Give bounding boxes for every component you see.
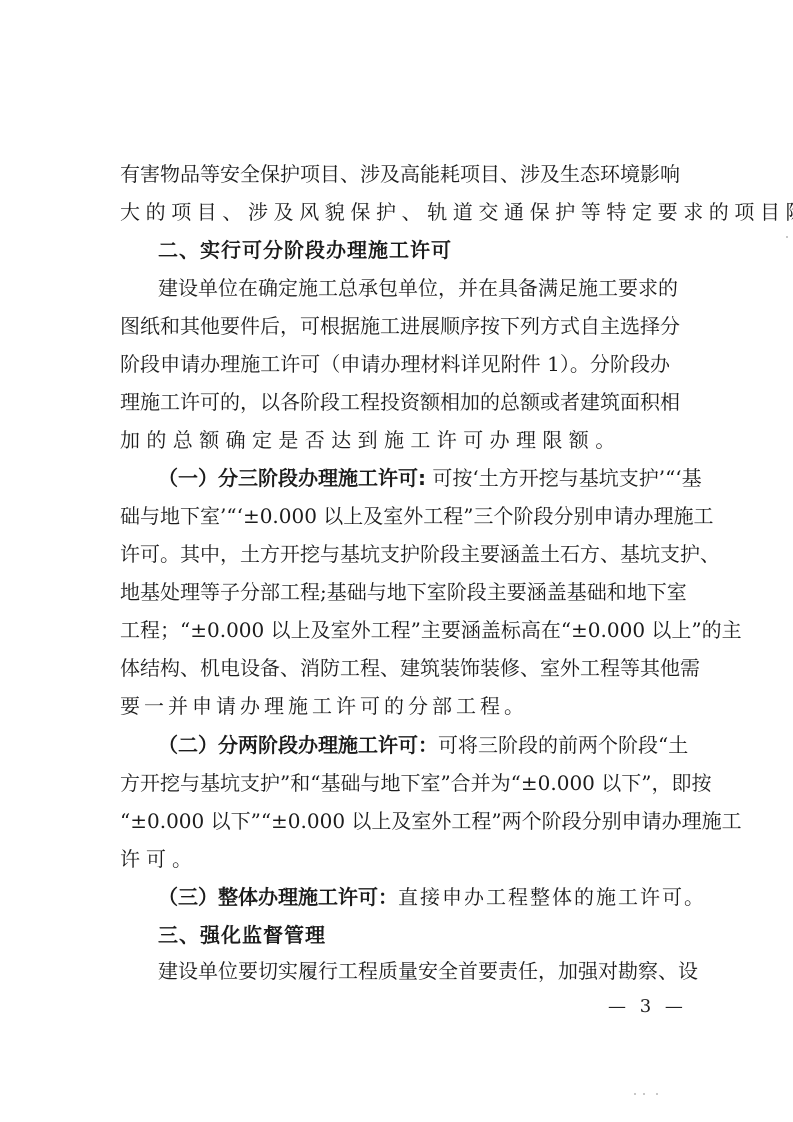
scan-speck [634, 1093, 636, 1095]
subsection-2-line: （二）分两阶段办理施工许可：可将三阶段的前两个阶段“土 [158, 731, 670, 759]
section-heading-3: 三、强化监督管理 [158, 921, 670, 949]
paragraph-line: 许可。 [120, 845, 670, 873]
paragraph-line: 图纸和其他要件后，可根据施工进展顺序按下列方式自主选择分 [120, 312, 670, 340]
page-number: — 3 — [608, 995, 687, 1019]
paragraph-line: 地基处理等子分部工程;基础与地下室阶段主要涵盖基础和地下室 [120, 578, 670, 606]
paragraph-line: 有害物品等安全保护项目、涉及高能耗项目、涉及生态环境影响 [120, 160, 670, 188]
section-heading-2: 二、实行可分阶段办理施工许可 [158, 236, 670, 264]
paragraph-line: 理施工许可的，以各阶段工程投资额相加的总额或者建筑面积相 [120, 388, 670, 416]
paragraph-line: “±0.000 以下”“±0.000 以上及室外工程”两个阶段分别申请办理施工 [120, 807, 670, 835]
subsection-1-line: （一）分三阶段办理施工许可: 可按‘土方开挖与基坑支护’“‘基 [158, 464, 670, 492]
paragraph-line: 大的项目、涉及风貌保护、轨道交通保护等特定要求的项目除外）。 [120, 198, 670, 226]
paragraph-line: 建设单位要切实履行工程质量安全首要责任，加强对勘察、设 [158, 957, 670, 985]
subsection-1-text: 可按‘土方开挖与基坑支护’“‘基 [426, 466, 702, 490]
subsection-3-title: （三）整体办理施工许可： [158, 885, 398, 909]
subsection-3-line: （三）整体办理施工许可：直接申办工程整体的施工许可。 [158, 883, 670, 911]
subsection-3-text: 直接申办工程整体的施工许可。 [398, 885, 706, 909]
paragraph-line: 体结构、机电设备、消防工程、建筑装饰装修、室外工程等其他需 [120, 654, 670, 682]
subsection-1-title: （一）分三阶段办理施工许可: [158, 466, 426, 490]
document-page: 有害物品等安全保护项目、涉及高能耗项目、涉及生态环境影响 大的项目、涉及风貌保护… [0, 0, 793, 1122]
subsection-2-text: 可将三阶段的前两个阶段“土 [438, 733, 688, 757]
paragraph-line: 础与地下室’“‘±0.000 以上及室外工程”三个阶段分别申请办理施工 [120, 502, 670, 530]
paragraph-line: 阶段申请办理施工许可（申请办理材料详见附件 1）。分阶段办 [120, 350, 670, 378]
scan-speck [656, 1093, 658, 1095]
scan-speck [786, 236, 788, 238]
subsection-2-title: （二）分两阶段办理施工许可： [158, 733, 438, 757]
paragraph-line: 加的总额确定是否达到施工许可办理限额。 [120, 426, 670, 454]
paragraph-line: 要一并申请办理施工许可的分部工程。 [120, 692, 670, 720]
paragraph-line: 工程；“±0.000 以上及室外工程”主要涵盖标高在“±0.000 以上”的主 [120, 616, 670, 644]
scan-speck [643, 1093, 645, 1095]
paragraph-line: 方开挖与基坑支护”和“基础与地下室”合并为“±0.000 以下”，即按 [120, 769, 670, 797]
paragraph-line: 建设单位在确定施工总承包单位，并在具备满足施工要求的 [158, 274, 670, 302]
paragraph-line: 许可。其中，土方开挖与基坑支护阶段主要涵盖土石方、基坑支护、 [120, 540, 670, 568]
